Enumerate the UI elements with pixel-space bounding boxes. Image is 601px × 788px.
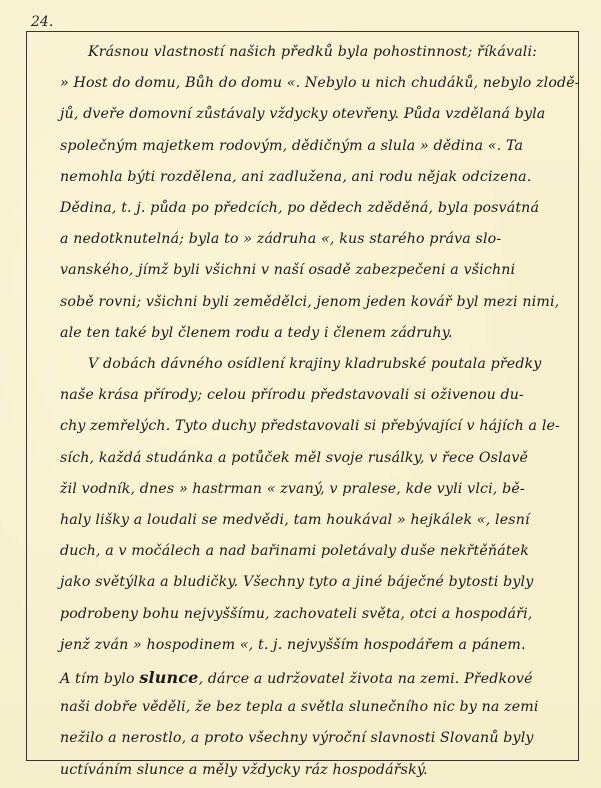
- emphasized-word: slunce: [139, 668, 198, 687]
- text-line: V dobách dávného osídlení krajiny kladru…: [88, 356, 541, 372]
- text-line: sích, každá studánka a potůček měl svoje…: [60, 450, 528, 466]
- text-line: jenž zván » hospodinem «, t. j. nejvyšší…: [60, 637, 526, 653]
- text-line: jů, dveře domovní zůstávaly vždycky otev…: [60, 106, 545, 122]
- text-line: společným majetkem rodovým, dědičným a s…: [60, 138, 523, 154]
- text-fragment: , dárce a udržovatel života na zemi. Pře…: [199, 671, 533, 687]
- text-line: duch, a v močálech a nad bařinami poletá…: [60, 543, 529, 559]
- text-fragment: A tím bylo: [60, 671, 135, 687]
- text-line: chy zemřelých. Tyto duchy představovali …: [60, 418, 560, 434]
- text-line: A tím bylo slunce, dárce a udržovatel ži…: [60, 668, 533, 687]
- text-line: naše krása přírody; celou přírodu předst…: [60, 387, 524, 403]
- text-line: haly lišky a loudali se medvědi, tam hou…: [60, 512, 530, 528]
- text-line: » Host do domu, Bůh do domu «. Nebylo u …: [60, 75, 580, 91]
- text-line: podrobeny bohu nejvyššímu, zachovateli s…: [60, 606, 532, 622]
- text-line: vanského, jímž byli všichni v naší osadě…: [60, 262, 515, 278]
- text-line: sobě rovni; všichni byli zemědělci, jeno…: [60, 294, 559, 310]
- text-line: uctíváním slunce a měly vždycky ráz hosp…: [60, 762, 428, 778]
- text-line: nemohla býti rozdělena, ani zadlužena, a…: [60, 169, 531, 185]
- text-line: žil vodník, dnes » hastrman « zvaný, v p…: [60, 481, 525, 497]
- text-line: Dědina, t. j. půda po předcích, po dědec…: [60, 200, 539, 216]
- text-line: nežilo a nerostlo, a proto všechny výroč…: [60, 730, 534, 746]
- text-line: ale ten také byl členem rodu a tedy i čl…: [60, 325, 453, 341]
- text-line: jako světýlka a bludičky. Všechny tyto a…: [60, 574, 533, 590]
- text-line: naši dobře věděli, že bez tepla a světla…: [60, 699, 539, 715]
- text-line: a nedotknutelná; byla to » zádruha «, ku…: [60, 231, 501, 247]
- page-number: 24.: [31, 14, 53, 30]
- text-line: Krásnou vlastností našich předků byla po…: [88, 44, 537, 60]
